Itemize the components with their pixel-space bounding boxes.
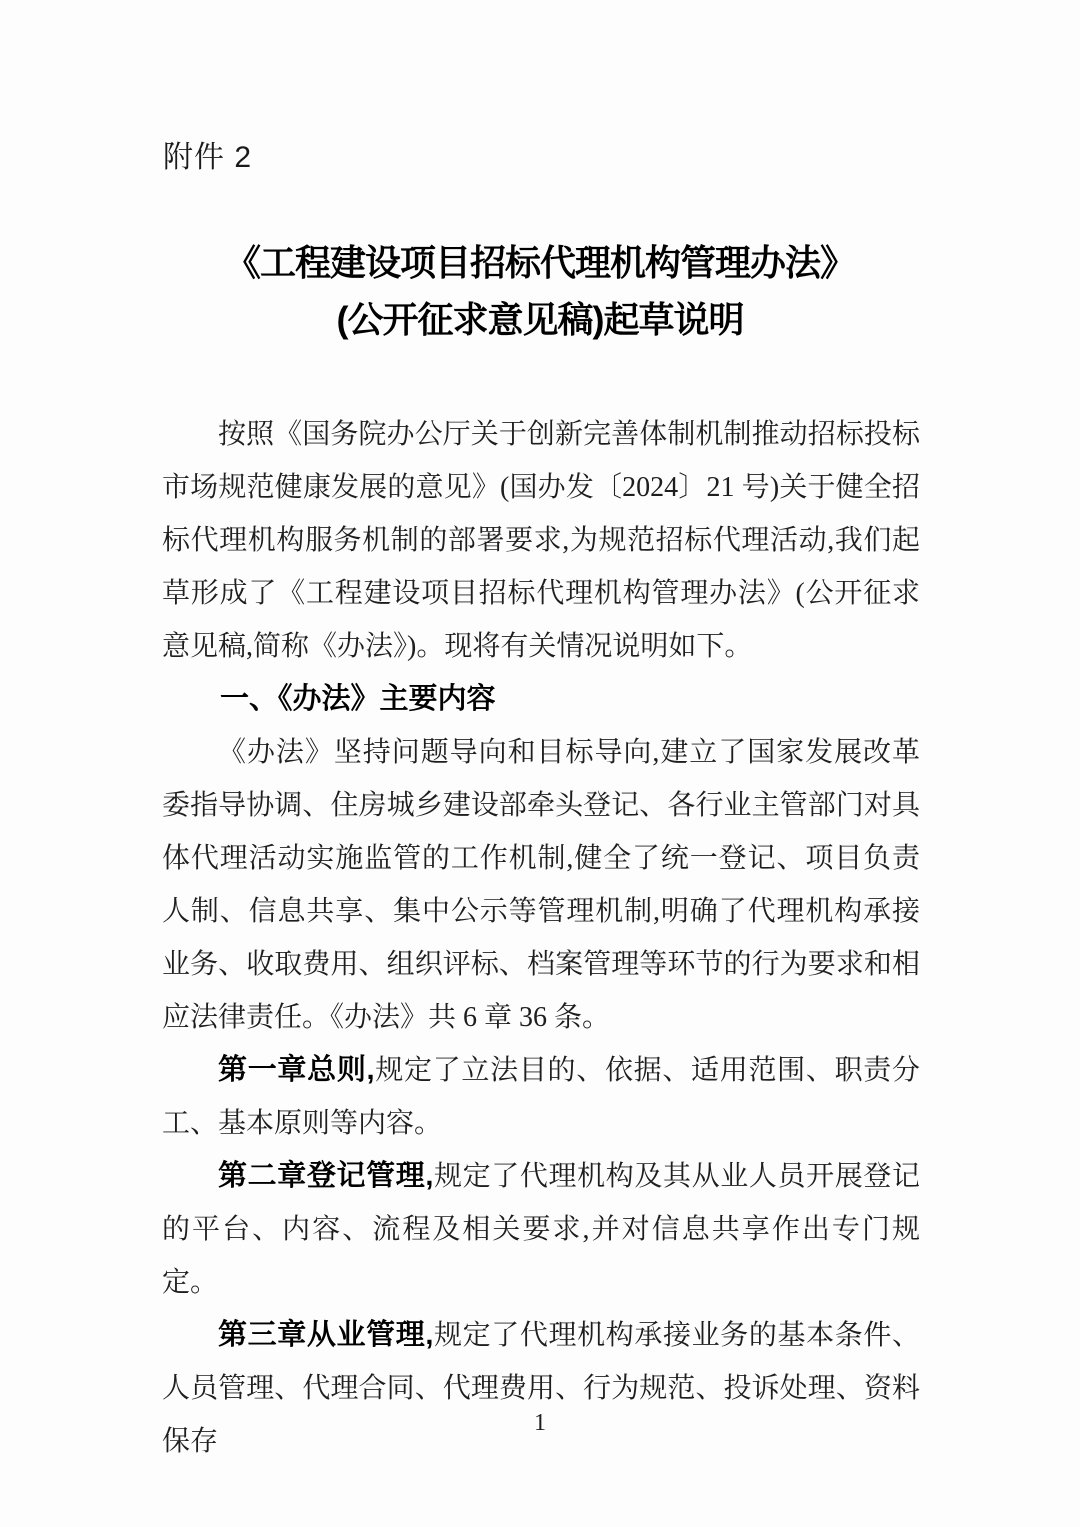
chapter-paragraph-3: 第三章从业管理,规定了代理机构承接业务的基本条件、人员管理、代理合同、代理费用、…: [162, 1309, 920, 1468]
section-heading-main-content: 一、《办法》主要内容: [162, 673, 920, 726]
chapter-paragraph-1: 第一章总则,规定了立法目的、依据、适用范围、职责分工、基本原则等内容。: [162, 1044, 920, 1150]
overview-paragraph: 《办法》坚持问题导向和目标导向,建立了国家发展改革委指导协调、住房城乡建设部牵头…: [162, 726, 920, 1044]
chapter-paragraph-2: 第二章登记管理,规定了代理机构及其从业人员开展登记的平台、内容、流程及相关要求,…: [162, 1150, 920, 1309]
document-title: 《工程建设项目招标代理机构管理办法》 (公开征求意见稿)起草说明: [0, 234, 1080, 348]
chapter-3-lead: 第三章从业管理,: [218, 1319, 433, 1351]
title-line-1: 《工程建设项目招标代理机构管理办法》: [0, 234, 1080, 291]
document-body: 按照《国务院办公厅关于创新完善体制机制推动招标投标市场规范健康发展的意见》(国办…: [162, 408, 920, 1468]
title-line-2: (公开征求意见稿)起草说明: [0, 291, 1080, 348]
chapter-2-lead: 第二章登记管理,: [218, 1160, 433, 1192]
chapter-1-lead: 第一章总则,: [218, 1054, 375, 1086]
intro-paragraph: 按照《国务院办公厅关于创新完善体制机制推动招标投标市场规范健康发展的意见》(国办…: [162, 408, 920, 673]
document-page: 附件 2 《工程建设项目招标代理机构管理办法》 (公开征求意见稿)起草说明 按照…: [0, 0, 1080, 1527]
page-number: 1: [0, 1408, 1080, 1438]
attachment-label: 附件 2: [163, 138, 252, 178]
